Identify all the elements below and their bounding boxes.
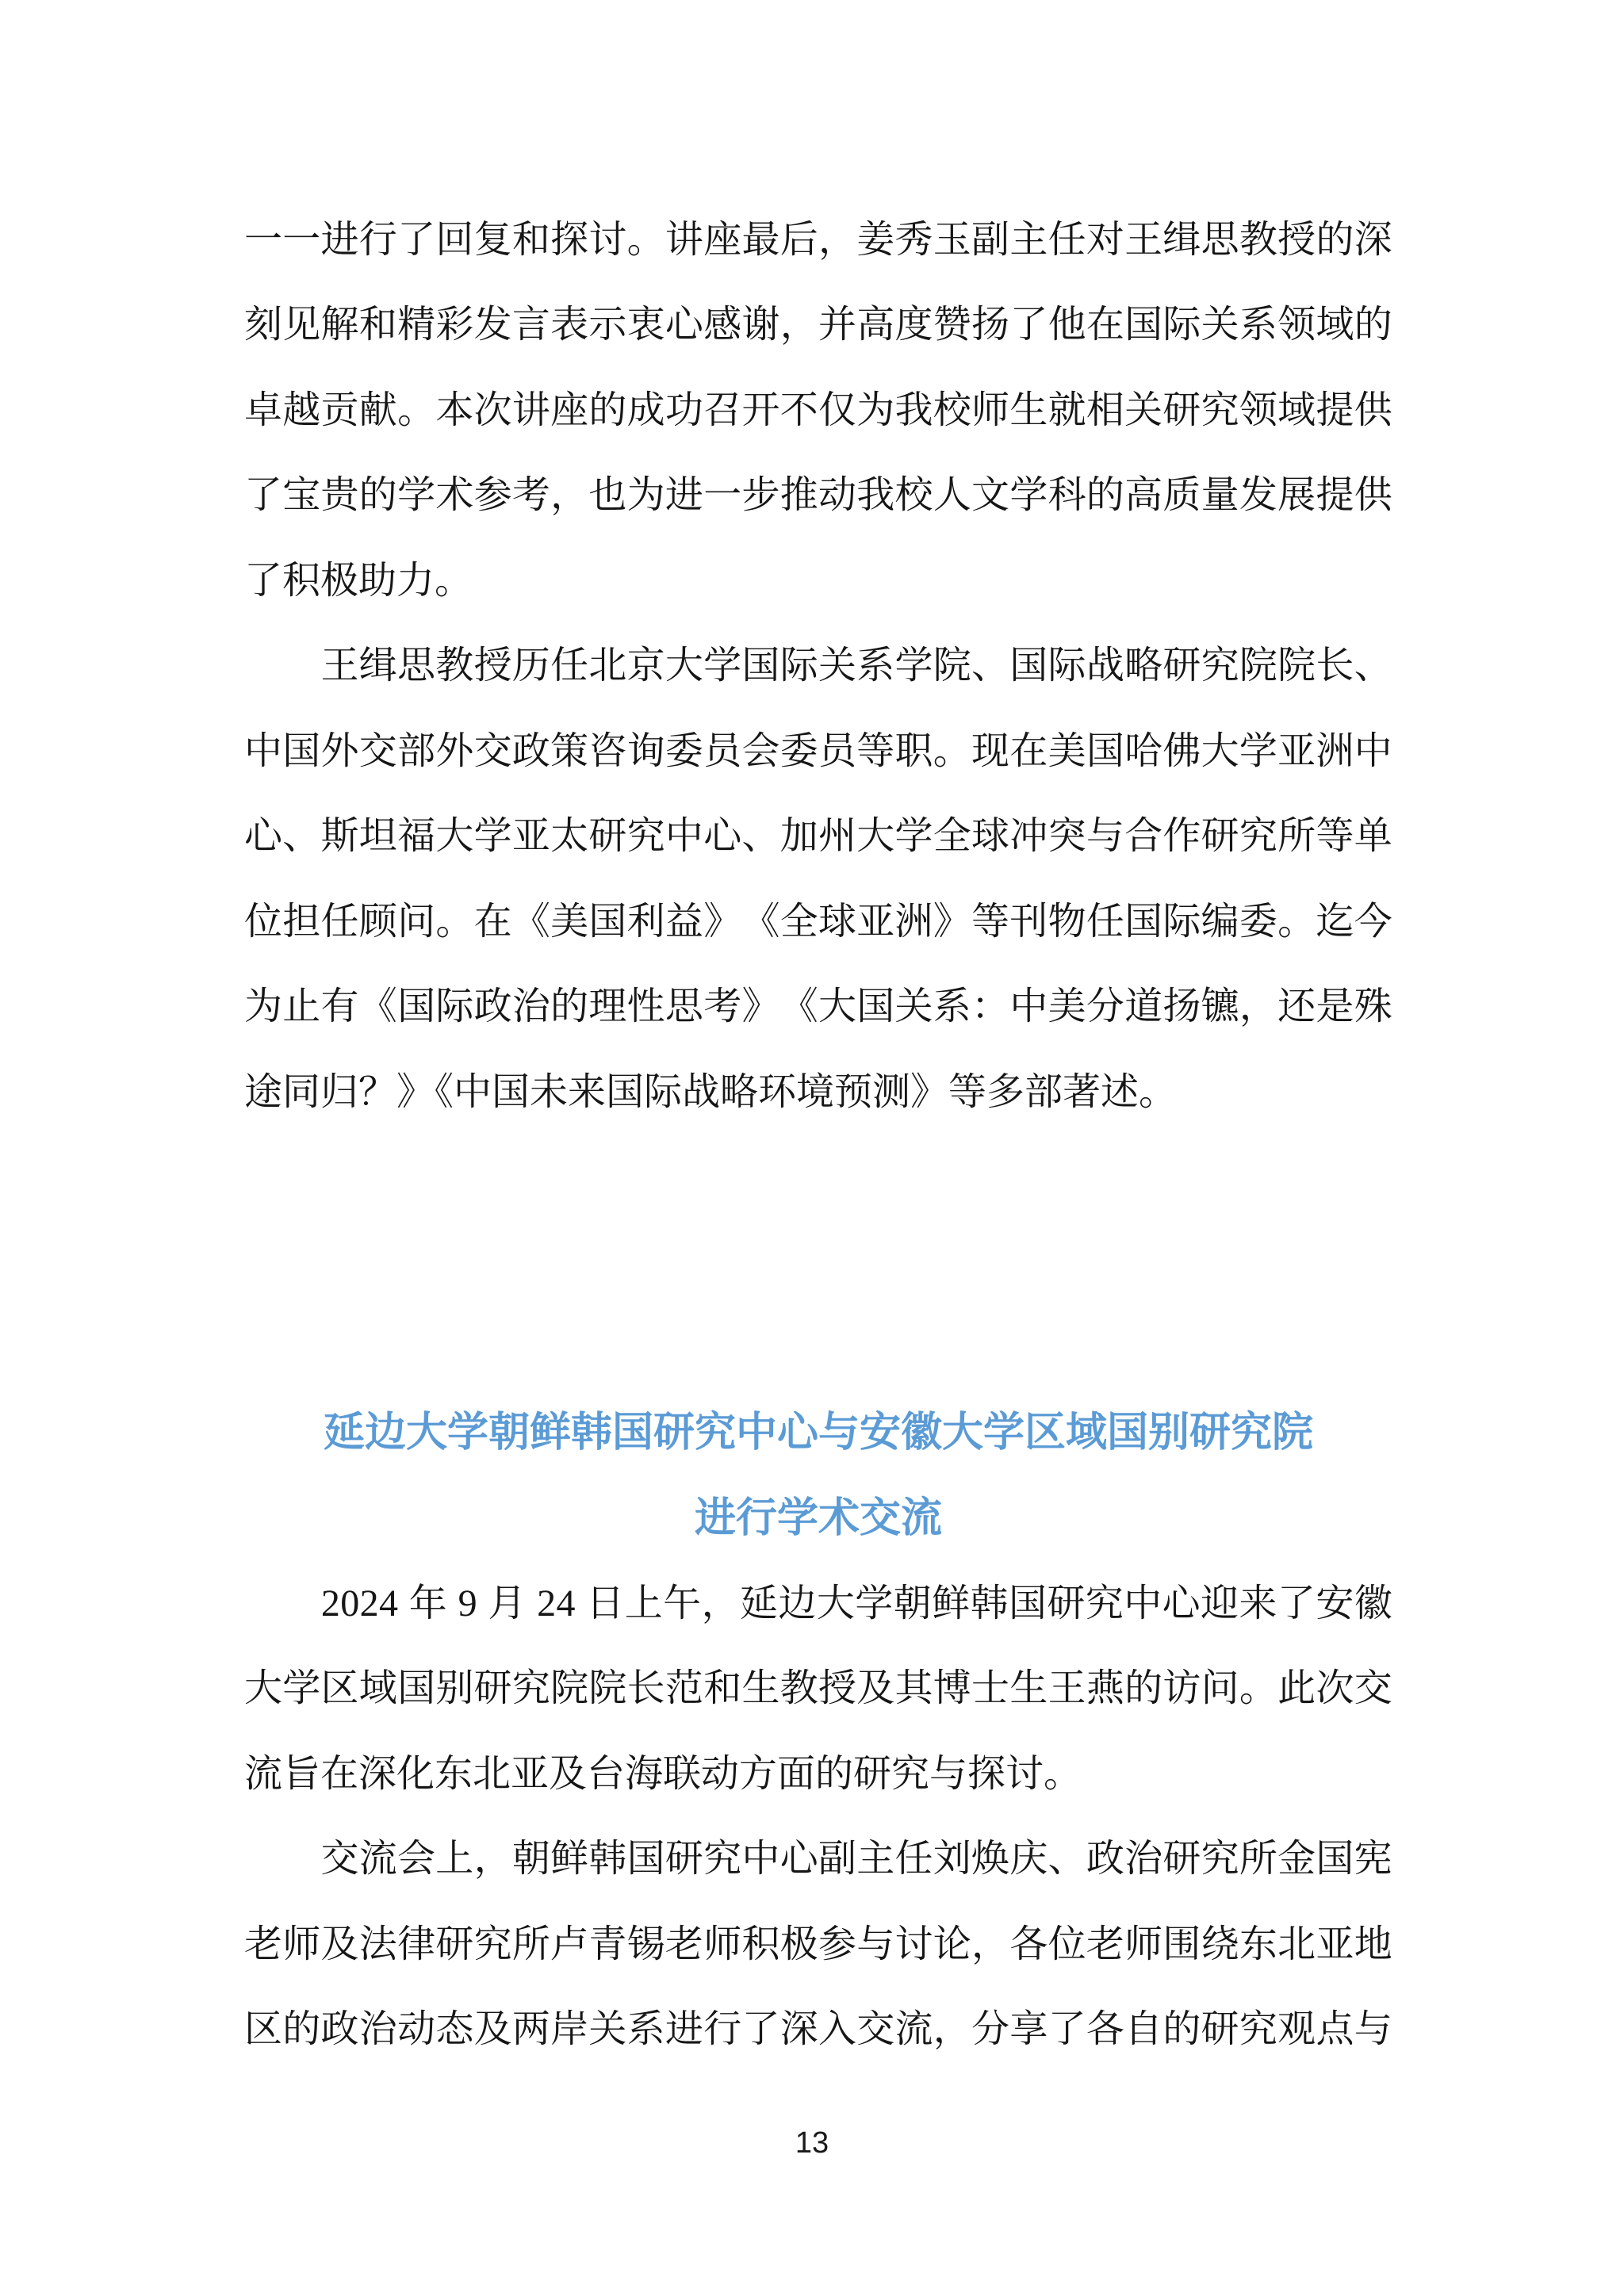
- blank-line: [244, 1135, 1392, 1221]
- section-heading-line: 延边大学朝鲜韩国研究中心与安徽大学区域国别研究院: [244, 1391, 1392, 1476]
- text-line: 区的政治动态及两岸关系进行了深入交流，分享了各自的研究观点与: [244, 1988, 1392, 2073]
- text-line: 心、斯坦福大学亚太研究中心、加州大学全球冲突与合作研究所等单: [244, 794, 1392, 880]
- text-line: 一一进行了回复和探讨。讲座最后，姜秀玉副主任对王缉思教授的深: [244, 197, 1392, 283]
- document-page: 一一进行了回复和探讨。讲座最后，姜秀玉副主任对王缉思教授的深刻见解和精彩发言表示…: [0, 0, 1624, 2296]
- text-line: 老师及法律研究所卢青锡老师积极参与讨论，各位老师围绕东北亚地: [244, 1902, 1392, 1988]
- text-line: 流旨在深化东北亚及台海联动方面的研究与探讨。: [244, 1732, 1392, 1817]
- blank-line: [244, 1306, 1392, 1391]
- text-line: 交流会上，朝鲜韩国研究中心副主任刘焕庆、政治研究所金国宪: [244, 1817, 1392, 1903]
- text-line: 了积极助力。: [244, 538, 1392, 624]
- section-heading-line: 进行学术交流: [244, 1476, 1392, 1562]
- text-line: 2024 年 9 月 24 日上午，延边大学朝鲜韩国研究中心迎来了安徽: [244, 1561, 1392, 1647]
- text-line: 为止有《国际政治的理性思考》《大国关系：中美分道扬镳，还是殊: [244, 965, 1392, 1050]
- text-block: 一一进行了回复和探讨。讲座最后，姜秀玉副主任对王缉思教授的深刻见解和精彩发言表示…: [244, 197, 1392, 2072]
- text-line: 刻见解和精彩发言表示衷心感谢，并高度赞扬了他在国际关系领域的: [244, 283, 1392, 369]
- text-line: 大学区域国别研究院院长范和生教授及其博士生王燕的访问。此次交: [244, 1647, 1392, 1732]
- text-line: 途同归？》《中国未来国际战略环境预测》等多部著述。: [244, 1050, 1392, 1135]
- page-number: 13: [0, 2126, 1624, 2160]
- text-line: 中国外交部外交政策咨询委员会委员等职。现在美国哈佛大学亚洲中: [244, 709, 1392, 794]
- text-line: 位担任顾问。在《美国利益》《全球亚洲》等刊物任国际编委。迄今: [244, 879, 1392, 965]
- text-line: 王缉思教授历任北京大学国际关系学院、国际战略研究院院长、: [244, 624, 1392, 710]
- text-line: 卓越贡献。本次讲座的成功召开不仅为我校师生就相关研究领域提供: [244, 368, 1392, 453]
- blank-line: [244, 1220, 1392, 1306]
- text-line: 了宝贵的学术参考，也为进一步推动我校人文学科的高质量发展提供: [244, 453, 1392, 539]
